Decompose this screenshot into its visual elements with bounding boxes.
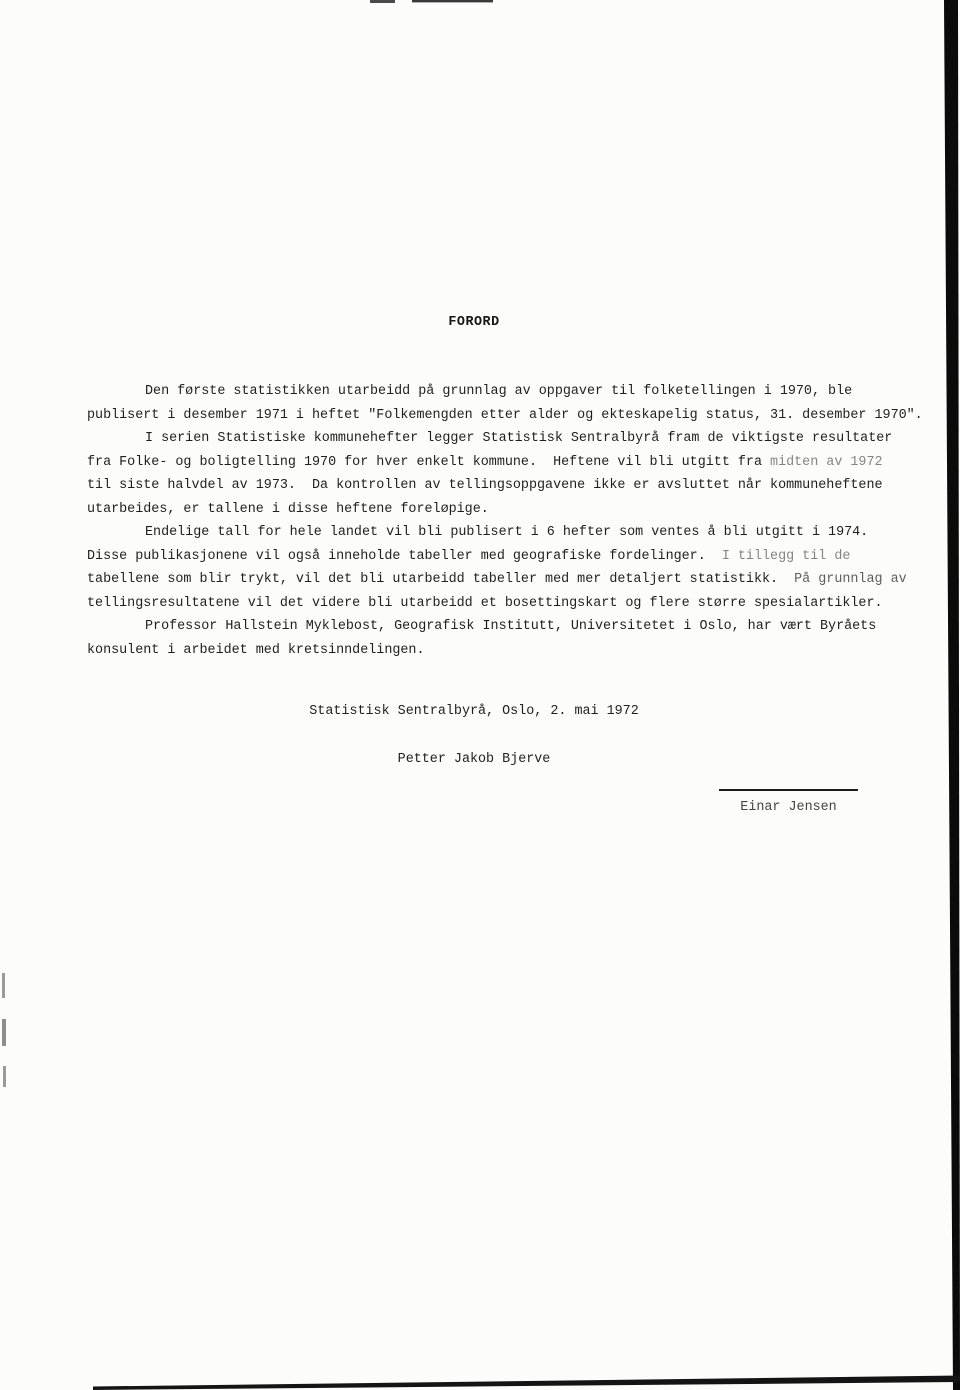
scan-fade-overlay	[793, 572, 918, 595]
scan-top-mark	[370, 0, 395, 3]
primary-signature: Petter Jakob Bjerve	[0, 752, 948, 767]
text-line: tellingsresultatene vil det videre bli u…	[87, 592, 927, 616]
scan-left-margin-mark	[2, 1019, 6, 1046]
scanned-document-page: FORORD Den første statistikken utarbeidd…	[0, 0, 960, 1390]
text-line: Endelige tall for hele landet vil bli pu…	[87, 521, 927, 545]
page-title: FORORD	[0, 315, 948, 330]
scan-fade-overlay	[720, 549, 870, 572]
secondary-signature-name: Einar Jensen	[740, 800, 836, 815]
text-line: konsulent i arbeidet med kretsinndelinge…	[87, 639, 927, 663]
scan-bottom-line	[93, 1376, 960, 1390]
secondary-signature-block: Einar Jensen	[719, 789, 858, 815]
dateline: Statistisk Sentralbyrå, Oslo, 2. mai 197…	[0, 704, 948, 719]
scan-top-mark	[412, 0, 493, 2]
scan-left-margin-mark	[3, 1066, 6, 1087]
text-line: I serien Statistiske kommunehefter legge…	[87, 427, 927, 451]
text-line: Den første statistikken utarbeidd på gru…	[87, 380, 927, 404]
scan-left-margin-mark	[2, 973, 5, 998]
scan-artifacts-layer	[0, 0, 960, 1390]
paragraph: Den første statistikken utarbeidd på gru…	[87, 380, 927, 427]
scan-fade-overlay	[768, 455, 913, 478]
text-line: utarbeides, er tallene i disse heftene f…	[87, 498, 927, 522]
text-line: Professor Hallstein Myklebost, Geografis…	[87, 615, 927, 639]
text-line: publisert i desember 1971 i heftet "Folk…	[87, 404, 927, 428]
paragraph: Professor Hallstein Myklebost, Geografis…	[87, 615, 927, 662]
scan-right-edge-bar	[944, 0, 960, 1390]
document-body: Den første statistikken utarbeidd på gru…	[87, 380, 927, 662]
